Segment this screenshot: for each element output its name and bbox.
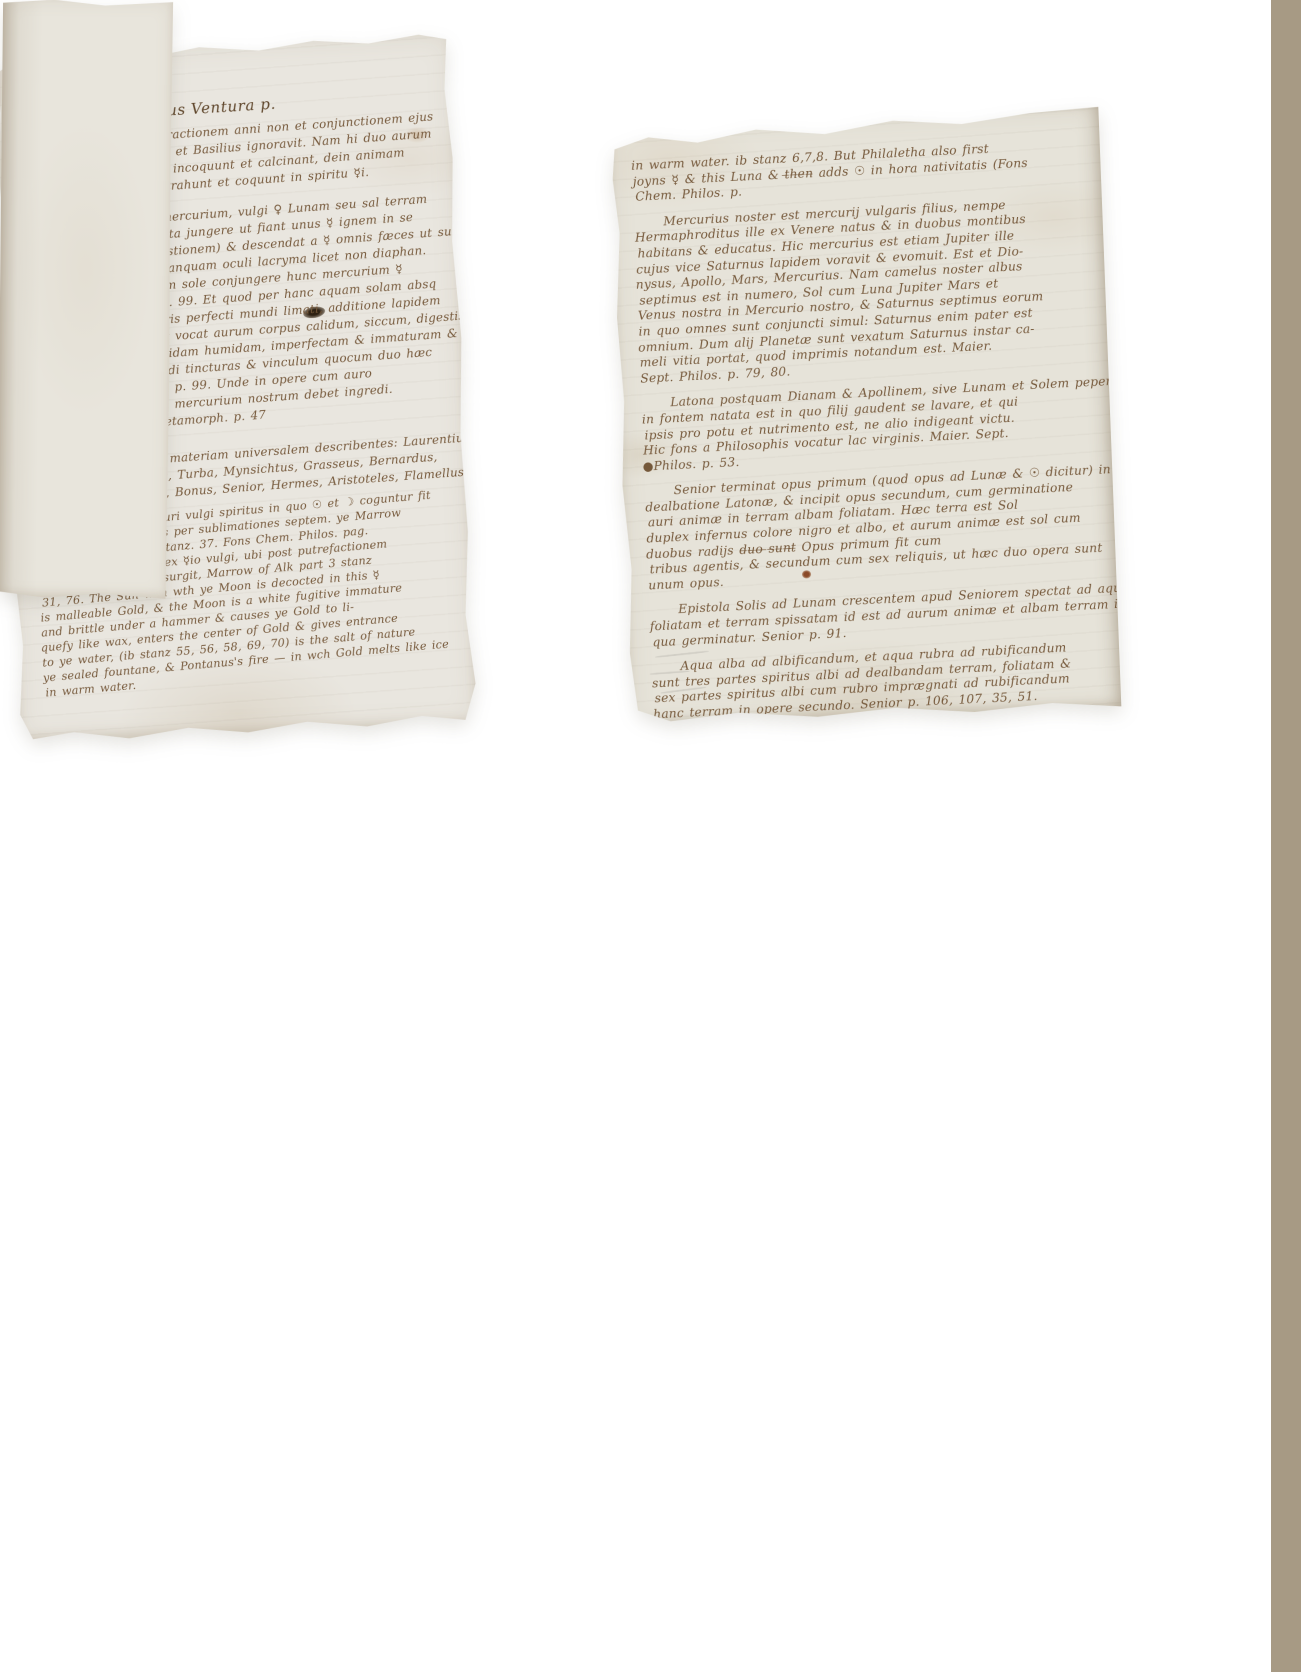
right-page-text: in warm water. ib stanz 6,7,8. But Phila… <box>609 107 1122 725</box>
manuscript-paragraph: Senior terminat opus primum (quod opus a… <box>644 467 1104 594</box>
manuscript-paragraph: in warm water. ib stanz 6,7,8. But Phila… <box>632 141 1089 205</box>
right-page-paper: in warm water. ib stanz 6,7,8. But Phila… <box>609 107 1122 725</box>
manuscript-photo-scan: Laurentius Ventura p. Snyderus c̶o̶r̶p̶ … <box>0 0 1301 1672</box>
blank-facing-page <box>0 0 173 599</box>
manuscript-paragraph: Aqua alba ad albificandum, et aqua rubra… <box>651 643 1109 723</box>
right-page-body: in warm water. ib stanz 6,7,8. But Phila… <box>632 141 1109 723</box>
blank-page-paper <box>0 0 173 599</box>
binding-board-band <box>1271 0 1301 1672</box>
manuscript-paragraph: Latona postquam Dianam & Apollinem, sive… <box>641 379 1100 474</box>
right-manuscript-page: in warm water. ib stanz 6,7,8. But Phila… <box>609 107 1122 725</box>
manuscript-paragraph: Mercurius noster est mercurij vulgaris f… <box>634 198 1096 387</box>
